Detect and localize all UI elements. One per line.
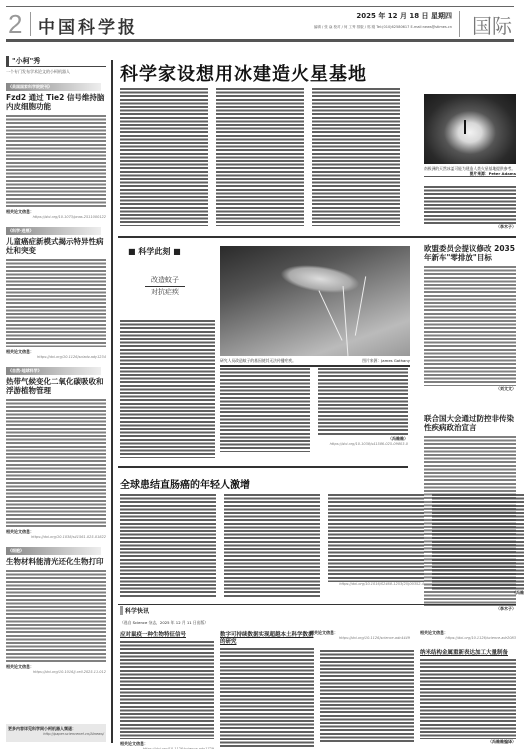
doi-link[interactable]: https://doi.org/10.1073/pnas.2511000122 bbox=[6, 215, 106, 219]
column-subtitle: 一个专门发布学术论文的小柯机器人 bbox=[6, 69, 106, 75]
ice-cave-photo bbox=[424, 94, 516, 164]
mosquito-photo bbox=[220, 246, 410, 356]
body-text bbox=[6, 259, 106, 347]
brief-title: 联合国大会通过防控非传染性疾病政治宣言 bbox=[424, 414, 516, 432]
body-text-col-3 bbox=[328, 494, 424, 582]
science-moment-body-col-1 bbox=[120, 320, 215, 458]
item-title: 纳米结构金属重新表达加工大量制备 bbox=[420, 650, 516, 657]
end-tag: （冯维维编译） bbox=[420, 739, 516, 745]
quick-news-source: （选自 Science 杂志，2025 年 12 月 11 日出版） bbox=[120, 620, 208, 626]
caption-text: 研究人员改造蚊子的基因使其无法传播疟疾。 bbox=[220, 358, 296, 364]
quick-news-tag: 科学快讯 bbox=[120, 606, 149, 615]
page-number: 2 bbox=[8, 9, 22, 39]
end-tag: （李木子） bbox=[424, 224, 516, 230]
brief-kicker: 《科学·进展》 bbox=[6, 227, 101, 235]
brief-title: Fzd2 通过 Tie2 信号维持脑内皮细胞功能 bbox=[6, 93, 106, 111]
brief-article: 《细胞》 生物材料能清光还化生物打印 相关论文信息： https://doi.o… bbox=[6, 547, 106, 674]
brief-article: 《美国国家科学院院刊》 Fzd2 通过 Tie2 信号维持脑内皮细胞功能 相关论… bbox=[6, 83, 106, 219]
body-text-col-1 bbox=[120, 88, 208, 226]
body-text-col-3-wrap: （冯维维） https://doi.org/10.1038/s41586-025… bbox=[318, 368, 408, 452]
body-text bbox=[120, 641, 214, 739]
lead-story-body bbox=[120, 88, 400, 226]
body-text bbox=[424, 266, 516, 386]
body-text bbox=[6, 399, 106, 527]
brief-kicker: 《自然-地球科学》 bbox=[6, 367, 101, 375]
body-text-col-3 bbox=[312, 88, 400, 226]
photo-credit: 图片来源：James Gathany bbox=[362, 358, 410, 364]
lead-story-tail bbox=[424, 186, 516, 224]
section-divider bbox=[118, 604, 516, 605]
body-text-col-2 bbox=[224, 494, 320, 598]
brief-title: 热带气候变化二氧化碳吸收和浮游植物管理 bbox=[6, 377, 106, 395]
photo-caption: 研究人员改造蚊子的基因使其无法传播疟疾。 图片来源：James Gathany bbox=[220, 358, 410, 367]
quick-news-item-3: 纳米结构金属重新表达加工大量制备 （冯维维编译） bbox=[420, 650, 516, 745]
science-moment-tag: ■ 科学此刻 ■ bbox=[128, 246, 181, 257]
second-story-body: https://doi.org/10.1016/S2468-1253(25)00… bbox=[120, 494, 524, 598]
brief-article: 《科学·进展》 儿童癌症新模式揭示特异性病灶和突变 相关论文信息： https:… bbox=[6, 227, 106, 359]
column-divider bbox=[111, 60, 113, 743]
quick-news-ref: 相关论文信息： https://doi.org/10.1126/science.… bbox=[310, 628, 410, 640]
brief-title: 欧盟委员会提议修改 2035 年新车"零排放"目标 bbox=[424, 244, 516, 262]
body-text-col-1 bbox=[120, 494, 216, 598]
doi-link[interactable]: https://doi.org/10.1016/j.cell.2025.11.0… bbox=[6, 670, 106, 674]
doi-link[interactable]: https://doi.org/10.1016/S2468-1253(25)00… bbox=[328, 582, 424, 586]
item-title: 数字可持续数据实现超越本土科学数据的研究 bbox=[220, 632, 314, 646]
science-moment-title: 改造蚊子 对抗疟疾 bbox=[145, 275, 185, 298]
body-text-col-4 bbox=[432, 494, 524, 590]
science-moment-body: （冯维维） https://doi.org/10.1038/s41586-025… bbox=[220, 368, 408, 452]
body-text-col-3 bbox=[318, 368, 408, 436]
doi-link[interactable]: https://doi.org/10.1038/s41561-025-01822 bbox=[6, 535, 106, 539]
body-text bbox=[220, 648, 314, 748]
quick-news-item-2-cont bbox=[320, 650, 414, 742]
editor-credits: 编辑 / 张 焱 校对 / 何 工秀 排版 / 郭 刚 Tel:(010)625… bbox=[314, 25, 452, 30]
body-text-col-2 bbox=[216, 88, 304, 226]
second-headline: 全球患结直肠癌的年轻人激增 bbox=[120, 476, 250, 491]
end-tag: （冯维） bbox=[432, 590, 524, 596]
sciencenet-promo: 更多内容详见科学网小柯机器人频道： http://paper.sciencene… bbox=[6, 724, 106, 742]
paper-name-logo: 中国科学报 bbox=[38, 13, 138, 38]
quick-news-item-1: 应对鼠疫一种生物特征信号 相关论文信息： https://doi.org/10.… bbox=[120, 632, 214, 749]
right-brief-1: 欧盟委员会提议修改 2035 年新车"零排放"目标 （刘文文） bbox=[424, 244, 516, 392]
doi-link[interactable]: https://doi.org/10.1126/science.adc4449 bbox=[310, 636, 410, 640]
body-text bbox=[6, 115, 106, 207]
end-tag: （李木子） bbox=[424, 606, 516, 612]
title-line-2: 对抗疟疾 bbox=[145, 287, 185, 298]
body-text-col-2 bbox=[220, 368, 310, 452]
section-divider bbox=[118, 236, 516, 238]
brief-kicker: 《细胞》 bbox=[6, 547, 101, 555]
brief-title: 儿童癌症新模式揭示特异性病灶和突变 bbox=[6, 237, 106, 255]
masthead: 2 中国科学报 2025 年 12 月 18 日 星期四 编辑 / 张 焱 校对… bbox=[6, 6, 514, 42]
divider bbox=[30, 12, 31, 36]
photo-credit: 图片来源：Peter Adams bbox=[424, 171, 516, 177]
section-name: 国际 bbox=[472, 10, 512, 39]
column-tag: "小柯"秀 bbox=[6, 56, 106, 67]
doi-link[interactable]: https://doi.org/10.1126/science.adr2083 bbox=[420, 636, 516, 640]
body-text-col-3-wrap: https://doi.org/10.1016/S2468-1253(25)00… bbox=[328, 494, 424, 598]
brief-kicker: 《美国国家科学院院刊》 bbox=[6, 83, 101, 91]
issue-date: 2025 年 12 月 18 日 星期四 bbox=[356, 11, 452, 21]
doi-link[interactable]: https://doi.org/10.1126/sciadv.ady1234 bbox=[6, 355, 106, 359]
photo-caption: 南极洲的天然冰盖可能为建造人类火星基地提供参考。 图片来源：Peter Adam… bbox=[424, 166, 516, 177]
promo-link[interactable]: http://paper.sciencenet.cn/AInews/ bbox=[8, 732, 104, 736]
item-title: 应对鼠疫一种生物特征信号 bbox=[120, 632, 214, 639]
brief-title: 生物材料能清光还化生物打印 bbox=[6, 557, 106, 566]
doi-link[interactable]: https://doi.org/10.1038/s41586-025-09803… bbox=[318, 442, 408, 446]
quick-news-item-2: 数字可持续数据实现超越本土科学数据的研究 bbox=[220, 632, 314, 748]
lead-headline: 科学家设想用冰建造火星基地 bbox=[120, 60, 367, 86]
section-divider bbox=[118, 466, 408, 468]
body-text-col-4-wrap: （冯维） bbox=[432, 494, 524, 598]
divider bbox=[459, 11, 460, 37]
end-tag: （刘文文） bbox=[424, 386, 516, 392]
left-column-briefs: "小柯"秀 一个专门发布学术论文的小柯机器人 《美国国家科学院院刊》 Fzd2 … bbox=[6, 56, 106, 746]
body-text bbox=[6, 570, 106, 662]
body-text bbox=[420, 659, 516, 739]
quick-news-ref: 相关论文信息： https://doi.org/10.1126/science.… bbox=[420, 628, 516, 640]
title-line-1: 改造蚊子 bbox=[145, 275, 185, 287]
brief-article: 《自然-地球科学》 热带气候变化二氧化碳吸收和浮游植物管理 相关论文信息： ht… bbox=[6, 367, 106, 539]
